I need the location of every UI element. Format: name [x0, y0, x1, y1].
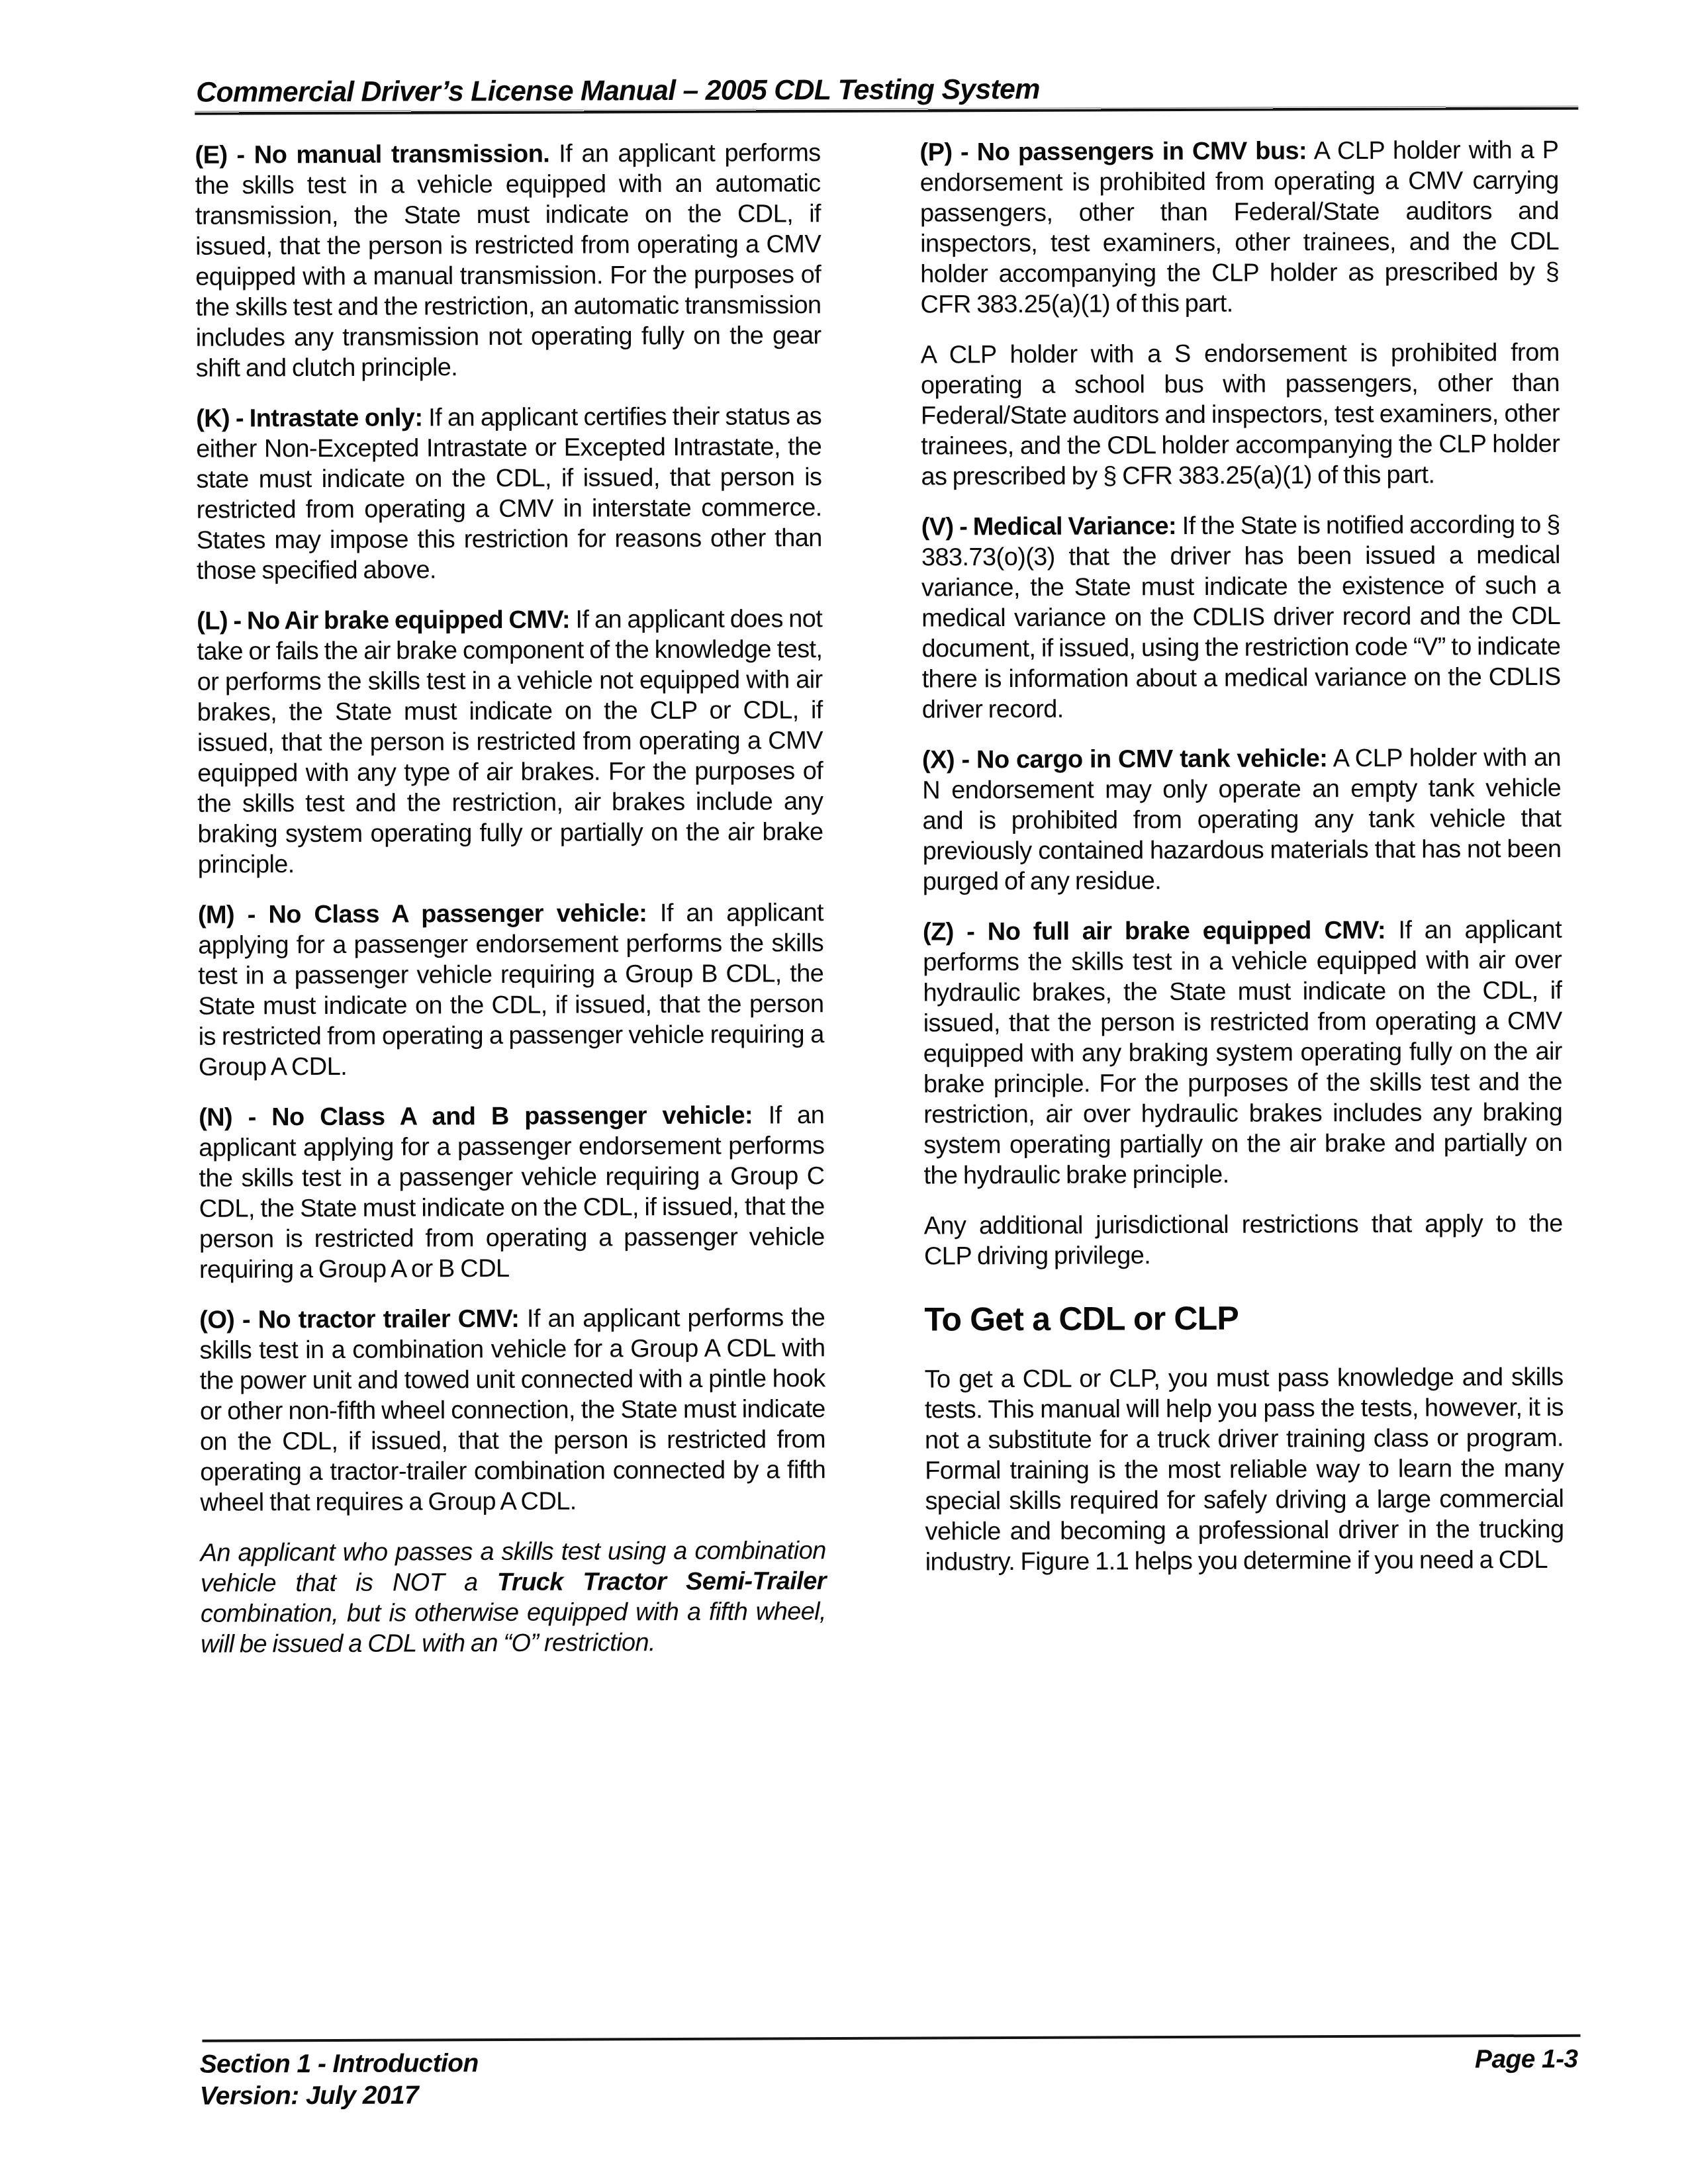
restriction-l-label: (L) - No Air brake equipped CMV:: [197, 606, 570, 635]
restriction-v-paragraph: (V) - Medical Variance: If the State is …: [921, 510, 1561, 725]
fifth-wheel-note-paragraph: An applicant who passes a skills test us…: [201, 1535, 827, 1660]
restriction-k-label: (K) - Intrastate only:: [196, 404, 422, 432]
jurisdictional-restrictions-text: Any additional jurisdictional restrictio…: [924, 1210, 1563, 1271]
restriction-o-paragraph: (O) - No tractor trailer CMV: If an appl…: [199, 1302, 825, 1518]
clp-s-endorsement-paragraph: A CLP holder with a S endorsement is pro…: [921, 338, 1560, 492]
restriction-m-label: (M) - No Class A passenger vehicle:: [198, 899, 647, 929]
document-title: Commercial Driver’s License Manual – 200…: [196, 73, 1040, 109]
get-cdl-paragraph: To get a CDL or CLP, you must pass knowl…: [925, 1362, 1564, 1578]
footer-left: Section 1 - Introduction Version: July 2…: [200, 2048, 479, 2113]
restriction-v-text: If the State is notified according to § …: [921, 511, 1561, 724]
restriction-o-text: If an applicant performs the skills test…: [199, 1304, 825, 1517]
restriction-x-paragraph: (X) - No cargo in CMV tank vehicle: A CL…: [922, 743, 1562, 897]
footer-rule: [202, 2034, 1580, 2042]
restriction-p-label: (P) - No passengers in CMV bus:: [919, 137, 1307, 166]
footer-version-label: Version: July 2017: [200, 2079, 479, 2113]
page-content: Commercial Driver’s License Manual – 200…: [0, 0, 1688, 2184]
get-cdl-text: To get a CDL or CLP, you must pass knowl…: [925, 1363, 1564, 1576]
restriction-e-text: If an applicant performs the skills test…: [195, 139, 821, 383]
restriction-z-paragraph: (Z) - No full air brake equipped CMV: If…: [923, 915, 1563, 1191]
clp-s-endorsement-text: A CLP holder with a S endorsement is pro…: [921, 339, 1560, 491]
restriction-l-text: If an applicant does not take or fails t…: [197, 605, 823, 879]
restriction-n-paragraph: (N) - No Class A and B passenger vehicle…: [199, 1100, 825, 1285]
restriction-k-paragraph: (K) - Intrastate only: If an applicant c…: [196, 401, 822, 586]
right-column: (P) - No passengers in CMV bus: A CLP ho…: [919, 135, 1564, 1598]
fifth-wheel-note-post: combination, but is otherwise equipped w…: [201, 1598, 826, 1659]
truck-tractor-semi-trailer-bold: Truck Tractor Semi-Trailer: [497, 1567, 826, 1596]
restriction-p-paragraph: (P) - No passengers in CMV bus: A CLP ho…: [919, 135, 1559, 320]
footer-page-number: Page 1-3: [1475, 2044, 1578, 2076]
restriction-l-paragraph: (L) - No Air brake equipped CMV: If an a…: [197, 604, 823, 880]
left-column: (E) - No manual transmission. If an appl…: [195, 138, 826, 1680]
footer-section-label: Section 1 - Introduction: [200, 2048, 479, 2081]
jurisdictional-restrictions-paragraph: Any additional jurisdictional restrictio…: [924, 1208, 1563, 1272]
restriction-e-label: (E) - No manual transmission.: [195, 140, 549, 169]
restriction-m-paragraph: (M) - No Class A passenger vehicle: If a…: [198, 897, 824, 1083]
restriction-o-label: (O) - No tractor trailer CMV:: [199, 1305, 519, 1334]
restriction-n-label: (N) - No Class A and B passenger vehicle…: [199, 1102, 753, 1132]
restriction-z-text: If an applicant performs the skills test…: [923, 916, 1562, 1190]
document-page: Commercial Driver’s License Manual – 200…: [0, 0, 1688, 2184]
restriction-v-label: (V) - Medical Variance:: [921, 512, 1177, 541]
section-heading-to-get-cdl: To Get a CDL or CLP: [924, 1298, 1563, 1338]
restriction-x-label: (X) - No cargo in CMV tank vehicle:: [922, 745, 1327, 774]
restriction-e-paragraph: (E) - No manual transmission. If an appl…: [195, 138, 821, 384]
restriction-z-label: (Z) - No full air brake equipped CMV:: [923, 917, 1385, 946]
